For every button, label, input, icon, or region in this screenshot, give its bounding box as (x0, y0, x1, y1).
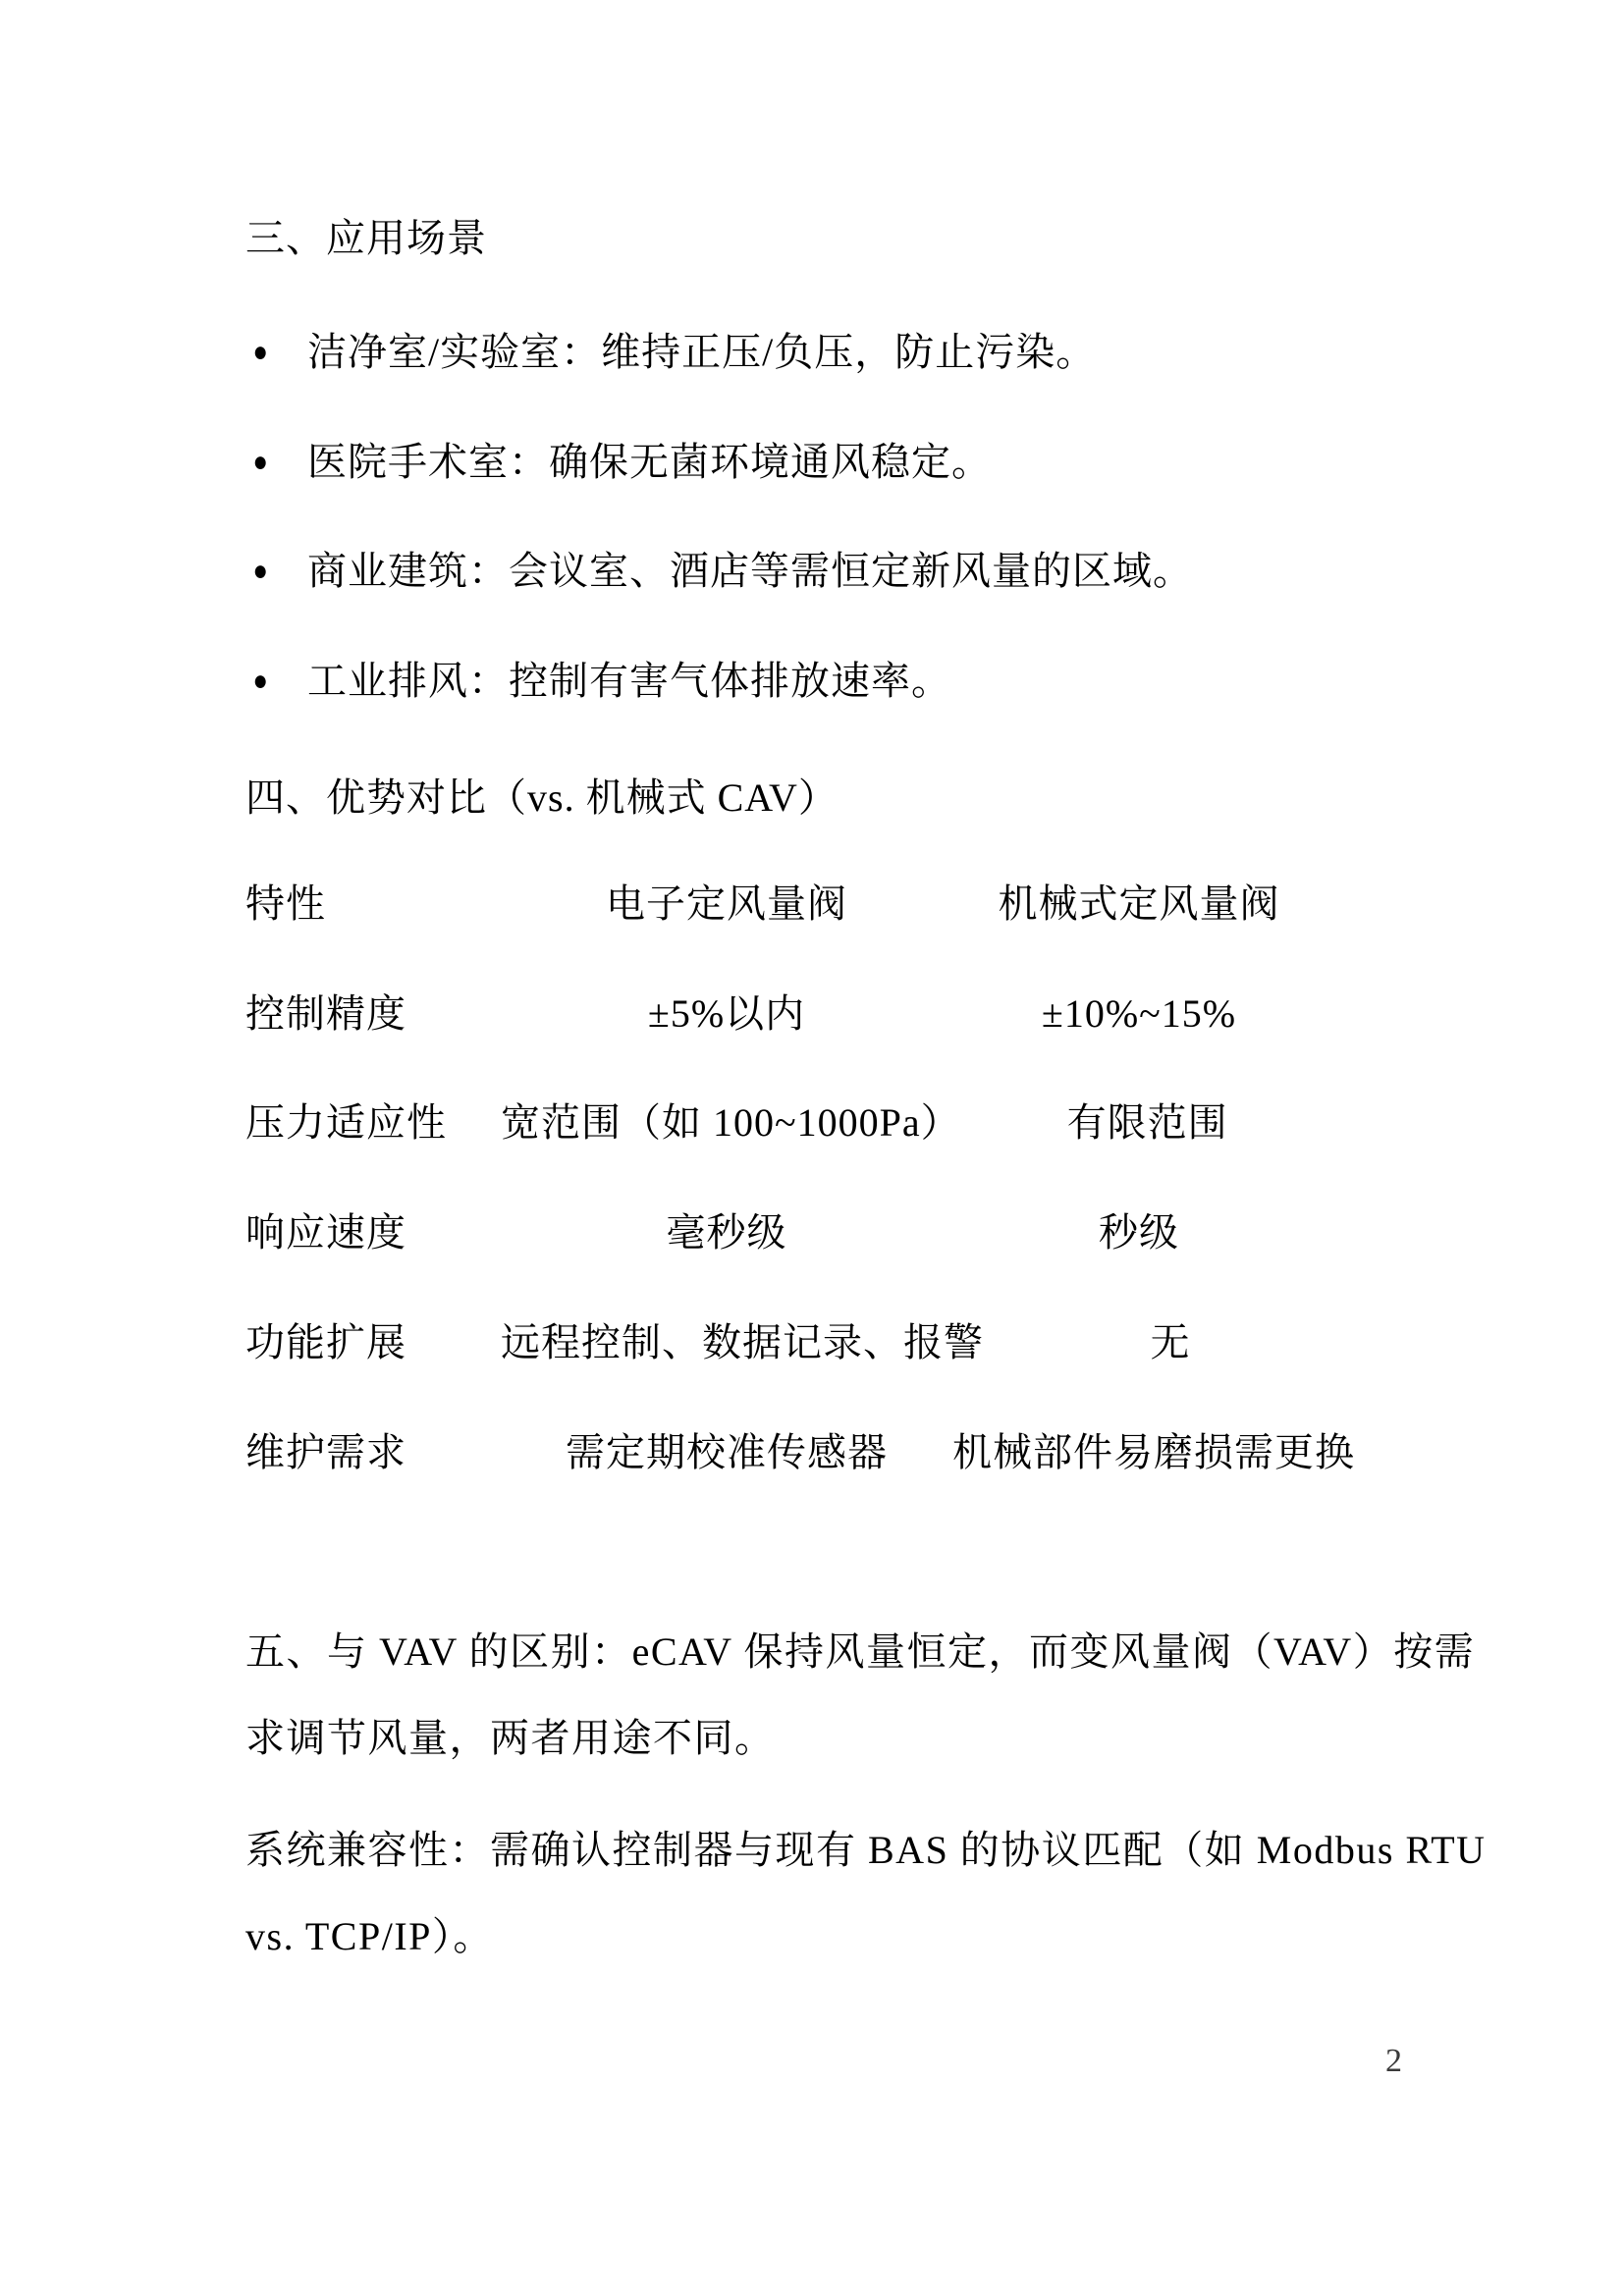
list-item: ● 洁净室/实验室：维持正压/负压，防止污染。 (250, 330, 1096, 375)
mcav-cell: 有限范围 (961, 1100, 1334, 1146)
bullet-text: 工业排风：控制有害气体排放速率。 (307, 659, 951, 704)
compatibility-line-2: vs. TCP/IP）。 (245, 1914, 494, 1959)
bullet-icon: ● (253, 336, 282, 370)
ecav-cell: 需定期校准传感器 (501, 1430, 952, 1475)
mcav-cell: 秒级 (952, 1210, 1326, 1255)
mcav-header-cell: 机械式定风量阀 (952, 881, 1326, 927)
feature-cell: 维护需求 (245, 1430, 501, 1475)
compatibility-line-1: 系统兼容性：需确认控制器与现有 BAS 的协议匹配（如 Modbus RTU (245, 1828, 1487, 1873)
vav-difference-line-1: 五、与 VAV 的区别：eCAV 保持风量恒定，而变风量阀（VAV）按需 (245, 1629, 1475, 1675)
ecav-cell: 宽范围（如 100~1000Pa） (501, 1100, 961, 1146)
table-row: 响应速度 毫秒级 秒级 (245, 1210, 1379, 1255)
feature-header-cell: 特性 (245, 881, 501, 927)
document-page: 三、应用场景 ● 洁净室/实验室：维持正压/负压，防止污染。 ● 医院手术室：确… (0, 0, 1624, 2296)
bullet-text: 商业建筑：会议室、酒店等需恒定新风量的区域。 (307, 549, 1193, 594)
feature-cell: 响应速度 (245, 1210, 501, 1255)
table-header-row: 特性 电子定风量阀 机械式定风量阀 (245, 881, 1379, 927)
feature-cell: 功能扩展 (245, 1320, 501, 1365)
section-applications-heading: 三、应用场景 (245, 216, 487, 261)
ecav-cell: ±5%以内 (501, 991, 952, 1037)
section-comparison-heading: 四、优势对比（vs. 机械式 CAV） (245, 775, 839, 821)
feature-cell: 控制精度 (245, 991, 501, 1037)
bullet-text: 洁净室/实验室：维持正压/负压，防止污染。 (307, 330, 1096, 375)
list-item: ● 商业建筑：会议室、酒店等需恒定新风量的区域。 (250, 549, 1193, 594)
table-row: 功能扩展 远程控制、数据记录、报警 无 (245, 1320, 1379, 1365)
page-number: 2 (1385, 2042, 1402, 2080)
vav-difference-line-2: 求调节风量，两者用途不同。 (245, 1716, 776, 1761)
ecav-cell: 远程控制、数据记录、报警 (501, 1320, 984, 1365)
ecav-header-cell: 电子定风量阀 (501, 881, 952, 927)
mcav-cell: ±10%~15% (952, 991, 1326, 1037)
bullet-icon: ● (253, 665, 282, 699)
table-row: 维护需求 需定期校准传感器 机械部件易磨损需更换 (245, 1430, 1379, 1475)
ecav-cell: 毫秒级 (501, 1210, 952, 1255)
feature-cell: 压力适应性 (245, 1100, 501, 1146)
mcav-cell: 无 (984, 1320, 1357, 1365)
bullet-text: 医院手术室：确保无菌环境通风稳定。 (307, 440, 992, 485)
table-row: 压力适应性 宽范围（如 100~1000Pa） 有限范围 (245, 1100, 1379, 1146)
mcav-cell: 机械部件易磨损需更换 (952, 1430, 1355, 1475)
bullet-icon: ● (253, 555, 282, 589)
bullet-icon: ● (253, 446, 282, 480)
list-item: ● 工业排风：控制有害气体排放速率。 (250, 659, 951, 704)
list-item: ● 医院手术室：确保无菌环境通风稳定。 (250, 440, 992, 485)
table-row: 控制精度 ±5%以内 ±10%~15% (245, 991, 1379, 1037)
